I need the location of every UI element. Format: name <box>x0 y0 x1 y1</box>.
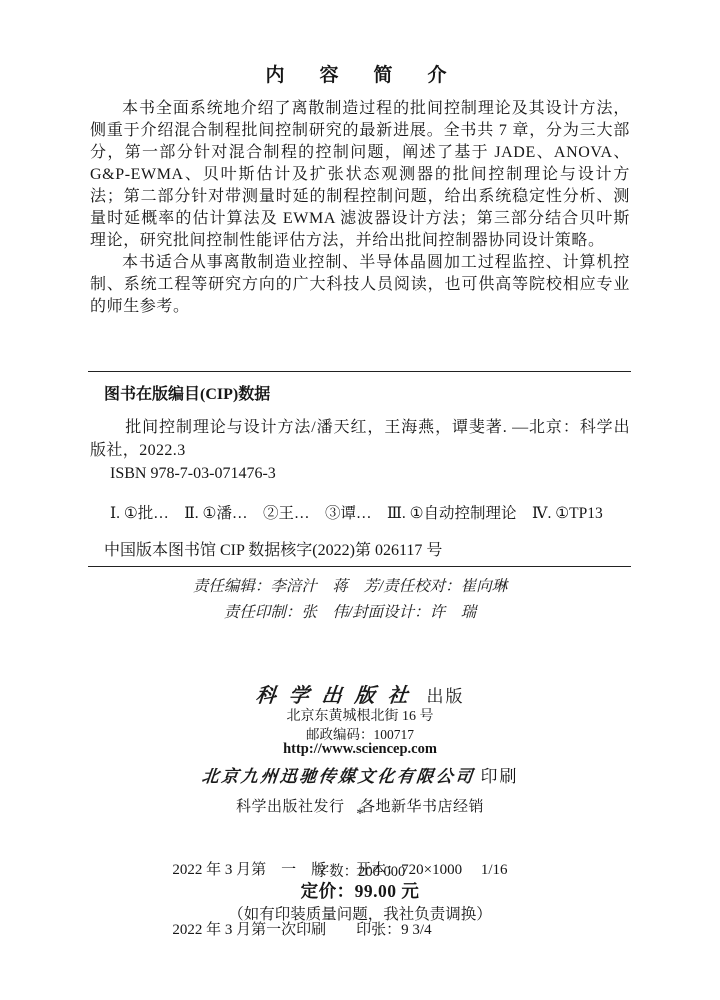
cip-entry: 批间控制理论与设计方法/潘天红，王海燕，谭斐著. —北京：科学出版社，2022.… <box>90 416 630 462</box>
cip-record-number: 中国版本图书馆 CIP 数据核字(2022)第 026117 号 <box>104 537 442 560</box>
printer-role-label: 印刷 <box>481 767 519 786</box>
isbn-number: ISBN 978-7-03-071476-3 <box>110 465 276 483</box>
summary-paragraph-2: 本书适合从事离散制造业控制、半导体晶圆加工过程监控、计算机控制、系统工程等研究方… <box>90 252 630 318</box>
printer-line: 北京九州迅驰传媒文化有限公司印刷 <box>0 762 720 787</box>
postal-code: 邮政编码：100717 <box>0 723 720 743</box>
content-summary-title: 内 容 简 介 <box>0 60 720 87</box>
quality-notice: （如有印装质量问题，我社负责调换） <box>0 902 720 924</box>
divider-below-cip <box>88 566 631 567</box>
divider-above-cip <box>88 371 631 372</box>
price: 定价：99.00 元 <box>0 878 720 903</box>
publisher-address: 北京东黄城根北街 16 号 <box>0 705 720 725</box>
publisher-role-label: 出版 <box>427 687 465 706</box>
content-summary-body: 本书全面系统地介绍了离散制造过程的批间控制理论及其设计方法，侧重于介绍混合制程批… <box>90 98 630 318</box>
credits-editors-line: 责任编辑：李涪汁 蒋 芳/责任校对：崔向琳 <box>0 574 700 600</box>
printer-logotype: 北京九州迅驰传媒文化有限公司 <box>200 762 476 787</box>
credits-print-design-line: 责任印制：张 伟/封面设计：许 瑞 <box>0 600 700 626</box>
summary-paragraph-1: 本书全面系统地介绍了离散制造过程的批间控制理论及其设计方法，侧重于介绍混合制程批… <box>90 98 630 252</box>
cip-header: 图书在版编目(CIP)数据 <box>104 381 270 404</box>
copyright-page: 内 容 简 介 本书全面系统地介绍了离散制造过程的批间控制理论及其设计方法，侧重… <box>0 0 720 1000</box>
publisher-website: http://www.sciencep.com <box>0 741 720 758</box>
cip-classification: Ⅰ. ①批… Ⅱ. ①潘… ②王… ③谭… Ⅲ. ①自动控制理论 Ⅳ. ①TP1… <box>110 501 603 523</box>
publisher-line: 科学出版社出版 <box>0 679 720 708</box>
publisher-logotype: 科学出版社 <box>254 679 422 708</box>
editorial-credits: 责任编辑：李涪汁 蒋 芳/责任校对：崔向琳 责任印制：张 伟/封面设计：许 瑞 <box>0 574 700 626</box>
